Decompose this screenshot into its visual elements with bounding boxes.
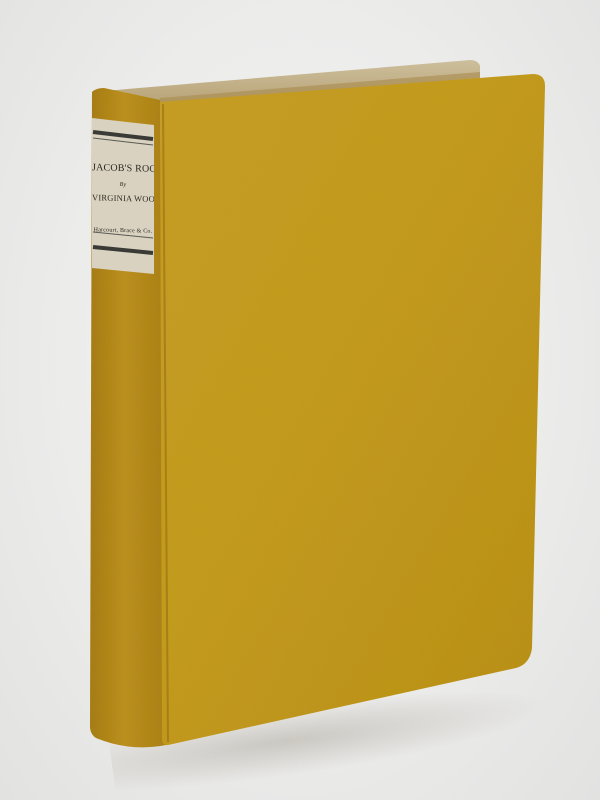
book-front-cover [160, 74, 545, 745]
book-by: By [92, 181, 154, 189]
book-author: VIRGINIA WOOLF [92, 193, 154, 203]
spine-label-text: JACOB'S ROOM By VIRGINIA WOOLF Harcourt,… [92, 117, 154, 273]
book [0, 0, 600, 800]
book-publisher: Harcourt, Brace & Co. [92, 227, 154, 235]
photo-scene: JACOB'S ROOM By VIRGINIA WOOLF Harcourt,… [0, 0, 600, 800]
book-title: JACOB'S ROOM [92, 163, 154, 175]
